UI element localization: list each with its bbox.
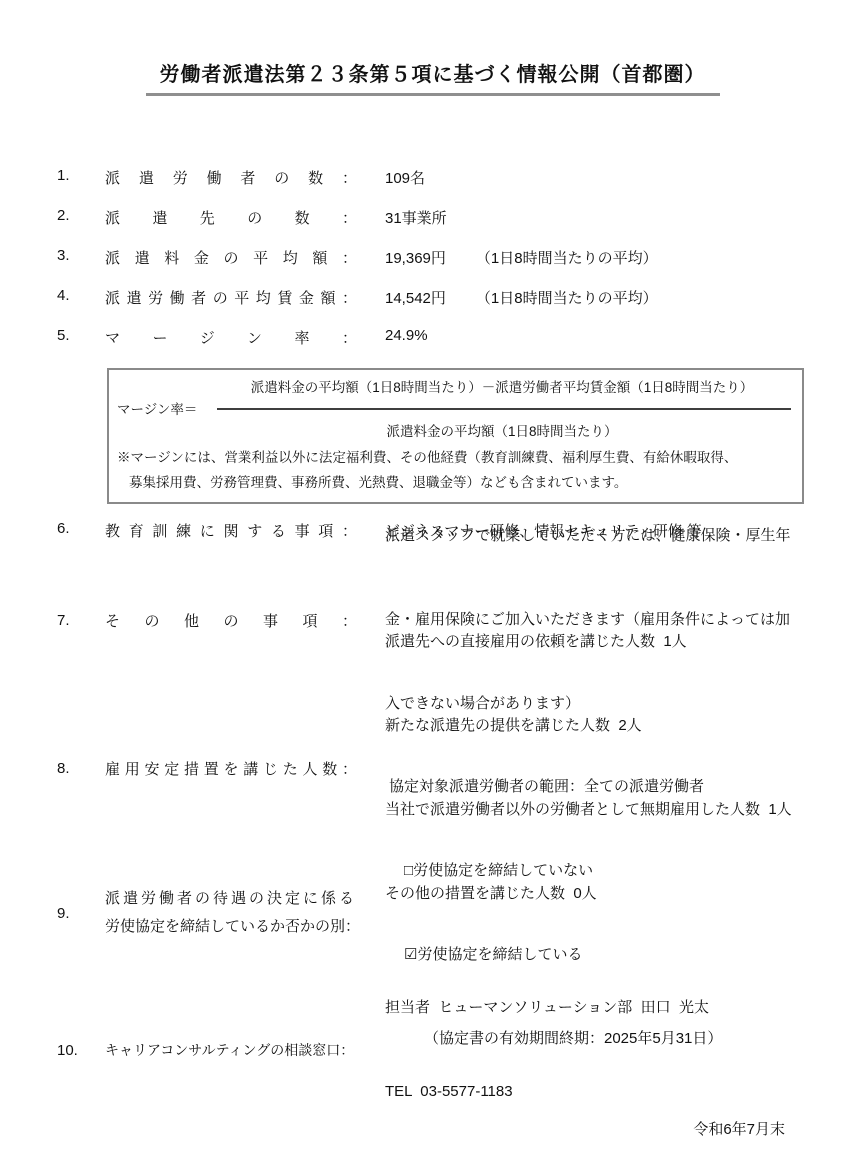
page-title: 労働者派遣法第２３条第５項に基づく情報公開（首都圏） xyxy=(146,58,720,96)
item-label-line2: 労使協定を締結しているか否かの別： xyxy=(105,913,361,941)
item-label: 派遣労働者の数： xyxy=(105,167,357,188)
item-row-3: 3. 派遣料金の平均額： 19,369円 （1日8時間当たりの平均） xyxy=(57,247,658,268)
item-number: 10. xyxy=(57,1042,81,1059)
item-label: 派遣料金の平均額： xyxy=(105,247,357,268)
item-note: （1日8時間当たりの平均） xyxy=(476,247,658,268)
item-number: 7. xyxy=(57,612,81,629)
value-line: 派遣先への直接雇用の依頼を講じた人数 1人 xyxy=(385,628,792,656)
formula-lhs: マージン率＝ xyxy=(117,398,197,418)
item-label: 派遣先の数： xyxy=(105,207,357,228)
item-row-1: 1. 派遣労働者の数： 109名 xyxy=(57,167,425,188)
item-label: 雇用安定措置を講じた人数： xyxy=(105,758,357,779)
fraction-line xyxy=(217,408,791,410)
item-number: 9. xyxy=(57,905,81,922)
item-number: 8. xyxy=(57,760,81,777)
formula-numerator: 派遣料金の平均額（1日8時間当たり）－派遣労働者平均賃金額（1日8時間当たり） xyxy=(209,376,795,396)
checkbox-unchecked-icon: □ xyxy=(404,862,413,879)
contact-phone-line: TEL 03-5577-1183 xyxy=(385,1078,709,1106)
item-number: 3. xyxy=(57,247,81,264)
item-value: 19,369円 xyxy=(385,247,446,268)
footer-date: 令和6年7月末 xyxy=(693,1118,785,1139)
document-page: 労働者派遣法第２３条第５項に基づく情報公開（首都圏） 1. 派遣労働者の数： 1… xyxy=(0,0,865,1169)
item-label: その他の事項： xyxy=(105,610,357,631)
item-number: 2. xyxy=(57,207,81,224)
item-value: 31事業所 xyxy=(385,207,447,228)
item-number: 1. xyxy=(57,167,81,184)
item-number: 4. xyxy=(57,287,81,304)
item-label: キャリアコンサルティングの相談窓口： xyxy=(105,1040,357,1060)
item-row-2: 2. 派遣先の数： 31事業所 xyxy=(57,207,447,228)
item-row-10: 10. キャリアコンサルティングの相談窓口： 担当者 ヒューマンソリューション部… xyxy=(57,1022,709,1078)
item-value: 14,542円 xyxy=(385,287,446,308)
item-label-line1: 派遣労働者の待遇の決定に係る xyxy=(105,885,361,913)
agreement-scope-line: 協定対象派遣労働者の範囲：全ての派遣労働者 xyxy=(389,773,722,801)
agreement-option-unchecked: □労使協定を締結していない xyxy=(389,857,722,885)
item-row-4: 4. 派遣労働者の平均賃金額： 14,542円 （1日8時間当たりの平均） xyxy=(57,287,658,308)
contact-person-line: 担当者 ヒューマンソリューション部 田口 光太 xyxy=(385,994,709,1022)
item-value-lines: 担当者 ヒューマンソリューション部 田口 光太 TEL 03-5577-1183 xyxy=(385,938,709,1162)
agreement-option-label: 労使協定を締結していない xyxy=(413,862,593,879)
item-label: マージン率： xyxy=(105,327,357,348)
item-label: 派遣労働者の平均賃金額： xyxy=(105,287,357,308)
margin-note-line1: ※マージンには、営業利益以外に法定福利費、その他経費（教育訓練費、福利厚生費、有… xyxy=(117,446,737,466)
item-note: （1日8時間当たりの平均） xyxy=(476,287,658,308)
item-label: 派遣労働者の待遇の決定に係る 労使協定を締結しているか否かの別： xyxy=(105,885,361,941)
item-number: 6. xyxy=(57,520,81,537)
item-number: 5. xyxy=(57,327,81,344)
value-line: 派遣スタッフで就業していただく方には、健康保険・厚生年 xyxy=(385,522,790,550)
item-value: 109名 xyxy=(385,167,425,188)
item-label: 教育訓練に関する事項： xyxy=(105,520,357,541)
formula-denominator: 派遣料金の平均額（1日8時間当たり） xyxy=(209,420,795,440)
title-wrap: 労働者派遣法第２３条第５項に基づく情報公開（首都圏） xyxy=(0,58,865,96)
item-row-5: 5. マージン率： 24.9% xyxy=(57,327,428,348)
item-value: 24.9% xyxy=(385,327,428,344)
